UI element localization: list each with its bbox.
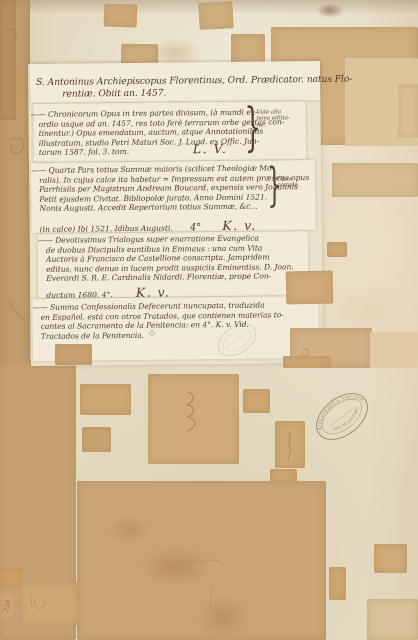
paper-patch (327, 242, 347, 257)
shelfmark: K. v. (222, 218, 256, 233)
paper-patch (370, 332, 418, 368)
margin-note-line: comple. (277, 183, 299, 190)
paper-patch (374, 544, 407, 573)
paper-patch (243, 389, 270, 413)
shelfmark: L. V. (193, 141, 228, 156)
paper-patch (77, 481, 326, 640)
manuscript-page: S. Antoninus Archiepiscopus Florentinus,… (0, 0, 418, 640)
stamp-bottom-text: RIO DE JANEIRO (330, 405, 364, 434)
book-format: 4° (190, 222, 201, 233)
shelfmark: K. v. (136, 285, 170, 300)
paper-patch (367, 599, 418, 640)
colophon-text: (in calce) Ibi 1521. Idibus Augusti. (40, 224, 173, 234)
heading-line-2: rentiæ. Obiit an. 1457. (62, 88, 166, 100)
paper-patch (55, 344, 92, 365)
svg-text:RIO DE JANEIRO: RIO DE JANEIRO (330, 405, 364, 434)
entry-colophon-line: (in calce) Ibi 1521. Idibus Augusti. 4° … (40, 215, 257, 236)
paper-patch (80, 384, 131, 415)
margin-note: Opus comple. (277, 176, 299, 189)
colophon-text: ductam 1680. 4°. (46, 290, 112, 300)
paper-patch (19, 581, 80, 626)
paper-patch (283, 356, 331, 368)
paper-patch (329, 567, 346, 600)
paper-patch (82, 427, 111, 452)
margin-note-line: ne. (257, 122, 290, 129)
catalog-entry-3: —— Devotissimus Trialogus super enarrati… (38, 233, 294, 284)
margin-note-line: nova editio- (256, 116, 289, 123)
paper-patch (275, 421, 305, 468)
margin-note: Vide alia nova editio- ne. (256, 109, 289, 129)
paper-patch (286, 271, 334, 305)
entry-colophon-line: ductam 1680. 4°. K. v. (46, 282, 170, 302)
paper-patch (148, 374, 239, 464)
